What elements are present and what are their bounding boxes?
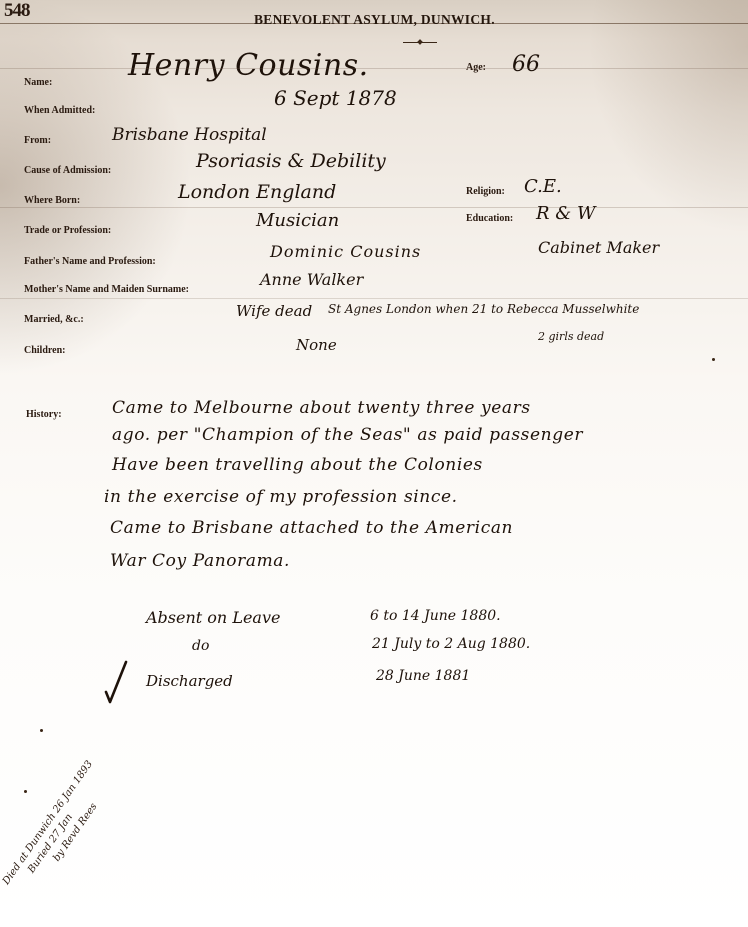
history-line-4: in the exercise of my profession since. bbox=[104, 487, 458, 507]
absent-on-leave-label: Absent on Leave bbox=[146, 608, 280, 627]
from-label: From: bbox=[24, 135, 51, 146]
admission-record-page: 548 BENEVOLENT ASYLUM, DUNWICH. Name: He… bbox=[0, 0, 748, 927]
row-rule bbox=[0, 207, 748, 208]
married-detail: St Agnes London when 21 to Rebecca Musse… bbox=[328, 302, 639, 316]
when-admitted-value: 6 Sept 1878 bbox=[274, 86, 397, 110]
name-label: Name: bbox=[24, 77, 52, 88]
ink-dot bbox=[40, 729, 43, 732]
do-value: 21 July to 2 Aug 1880. bbox=[372, 636, 530, 652]
children-value: None bbox=[296, 336, 337, 354]
mother-label: Mother's Name and Maiden Surname: bbox=[24, 284, 189, 295]
discharged-value: 28 June 1881 bbox=[376, 668, 470, 684]
trade-label: Trade or Profession: bbox=[24, 225, 111, 236]
married-label: Married, &c.: bbox=[24, 314, 84, 325]
education-value: R & W bbox=[536, 203, 596, 224]
history-line-6: War Coy Panorama. bbox=[110, 551, 290, 571]
death-note: Died at Dunwich 26 Jan 1893 Buried 27 Ja… bbox=[0, 758, 120, 904]
education-label: Education: bbox=[466, 213, 513, 224]
death-note-line-2: Buried 27 Jan bbox=[11, 766, 108, 896]
father-name-value: Dominic Cousins bbox=[270, 242, 421, 261]
cause-of-admission-value: Psoriasis & Debility bbox=[196, 150, 386, 172]
father-label: Father's Name and Profession: bbox=[24, 256, 156, 267]
absent-on-leave-value: 6 to 14 June 1880. bbox=[370, 608, 501, 624]
page-number: 548 bbox=[4, 0, 30, 22]
religion-label: Religion: bbox=[466, 186, 505, 197]
history-line-5: Came to Brisbane attached to the America… bbox=[110, 518, 513, 538]
discharged-label: Discharged bbox=[146, 672, 233, 690]
age-value: 66 bbox=[512, 52, 540, 77]
name-value: Henry Cousins. bbox=[128, 48, 369, 83]
children-label: Children: bbox=[24, 345, 66, 356]
where-born-label: Where Born: bbox=[24, 195, 80, 206]
history-line-2: ago. per "Champion of the Seas" as paid … bbox=[112, 425, 583, 445]
history-label: History: bbox=[26, 409, 62, 420]
history-line-3: Have been travelling about the Colonies bbox=[112, 455, 483, 475]
ink-dot bbox=[24, 790, 27, 793]
married-value: Wife dead bbox=[236, 302, 312, 320]
from-value: Brisbane Hospital bbox=[112, 125, 267, 145]
cause-of-admission-label: Cause of Admission: bbox=[24, 165, 111, 176]
row-rule bbox=[0, 298, 748, 299]
document-heading: BENEVOLENT ASYLUM, DUNWICH. bbox=[254, 12, 495, 28]
do-label: do bbox=[192, 638, 209, 654]
where-born-value: London England bbox=[178, 181, 336, 203]
heading-ornament bbox=[403, 42, 437, 43]
mother-value: Anne Walker bbox=[260, 270, 363, 289]
father-profession-value: Cabinet Maker bbox=[538, 238, 659, 257]
children-note: 2 girls dead bbox=[538, 330, 604, 343]
ink-dot bbox=[712, 358, 715, 361]
when-admitted-label: When Admitted: bbox=[24, 105, 95, 116]
trade-value: Musician bbox=[256, 210, 339, 231]
row-rule bbox=[0, 68, 748, 69]
religion-value: C.E. bbox=[524, 176, 562, 197]
checkmark-icon bbox=[104, 660, 128, 704]
history-line-1: Came to Melbourne about twenty three yea… bbox=[112, 398, 531, 418]
